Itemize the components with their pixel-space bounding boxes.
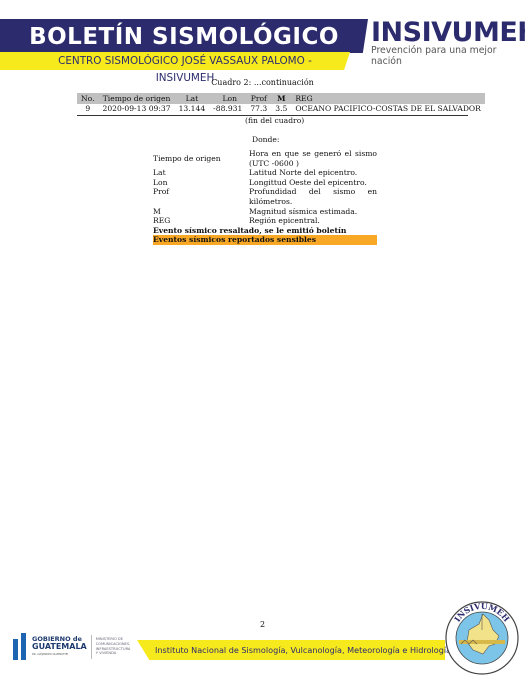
highlighted-event-note: Evento sísmico resaltado, se le emitió b…	[153, 226, 377, 236]
gov-separator	[91, 635, 92, 659]
insivumeh-seal-icon: INSIVUMEH	[443, 600, 521, 676]
legend-term: Lat	[153, 168, 249, 178]
cell-m: 3.5	[271, 104, 291, 113]
cell-lon: -88.931	[209, 104, 246, 113]
legend-term: Prof	[153, 187, 249, 206]
legend-term: REG	[153, 216, 249, 226]
legend-list: Tiempo de origen Hora en que se generó e…	[153, 149, 377, 245]
table-caption: Cuadro 2: ...continuación	[0, 78, 525, 87]
cell-origin-time: 2020-09-13 09:37	[99, 104, 175, 113]
legend-term: Lon	[153, 178, 249, 188]
col-lon: Lon	[209, 93, 246, 104]
legend-item: Tiempo de origen Hora en que se generó e…	[153, 149, 377, 168]
legend-term: Tiempo de origen	[153, 154, 249, 164]
legend-definition: Longittud Oeste del epicentro.	[249, 178, 377, 188]
legend-definition: Hora en que se generó el sismo (UTC -060…	[249, 149, 377, 168]
legend-item: Lat Latitud Norte del epicentro.	[153, 168, 377, 178]
legend-definition: Profundidad del sismo en kilómetros.	[249, 187, 377, 206]
legend-item: REG Región epicentral.	[153, 216, 377, 226]
col-lat: Lat	[175, 93, 210, 104]
institute-name: Instituto Nacional de Sismología, Vulcan…	[155, 640, 451, 660]
government-bars-icon	[13, 633, 26, 660]
sensitive-events-note: Eventos sísmicos reportados sensibles	[153, 235, 377, 245]
ministry-name: MINISTERIO DE COMUNICACIONES, INFRAESTRU…	[96, 637, 131, 655]
col-origin-time: Tiempo de origen	[99, 93, 175, 104]
gov-line2: GUATEMALA	[32, 643, 87, 651]
cell-lat: 13.144	[175, 104, 210, 113]
legend-item: Lon Longittud Oeste del epicentro.	[153, 178, 377, 188]
cell-no: 9	[77, 104, 99, 113]
legend-definition: Magnitud sísmica estimada.	[249, 207, 377, 217]
ministry-line: COMUNICACIONES,	[96, 642, 131, 647]
government-name: GOBIERNO de GUATEMALA DR. ALEJANDRO GIAM…	[32, 635, 87, 659]
col-reg: REG	[291, 93, 485, 104]
cell-prof: 77.3	[246, 104, 271, 113]
col-no: No.	[77, 93, 99, 104]
seismic-events-table: No. Tiempo de origen Lat Lon Prof M REG …	[77, 93, 485, 113]
legend-item: Prof Profundidad del sismo en kilómetros…	[153, 187, 377, 206]
legend-item: M Magnitud sísmica estimada.	[153, 207, 377, 217]
bulletin-title: BOLETÍN SISMOLÓGICO	[0, 19, 368, 53]
table-end-note: (fin del cuadro)	[245, 116, 304, 125]
table-header-row: No. Tiempo de origen Lat Lon Prof M REG	[77, 93, 485, 104]
col-prof: Prof	[246, 93, 271, 104]
government-logo: GOBIERNO de GUATEMALA DR. ALEJANDRO GIAM…	[13, 633, 130, 660]
table-row: 9 2020-09-13 09:37 13.144 -88.931 77.3 3…	[77, 104, 485, 113]
cell-reg: OCEANO PACIFICO-COSTAS DE EL SALVADOR	[291, 104, 485, 113]
legend-heading: Donde:	[252, 135, 279, 144]
col-m: M	[271, 93, 291, 104]
gov-line3: DR. ALEJANDRO GIAMMATTEI	[32, 651, 87, 659]
legend-definition: Región epicentral.	[249, 216, 377, 226]
ministry-line: Y VIVIENDA	[96, 651, 131, 656]
bulletin-subtitle: CENTRO SISMOLÓGICO JOSÉ VASSAUX PALOMO -…	[30, 53, 340, 70]
brand-logo: INSIVUMEH	[371, 18, 525, 48]
legend-definition: Latitud Norte del epicentro.	[249, 168, 377, 178]
brand-tagline: Prevención para una mejor nación	[371, 45, 525, 67]
legend-term: M	[153, 207, 249, 217]
